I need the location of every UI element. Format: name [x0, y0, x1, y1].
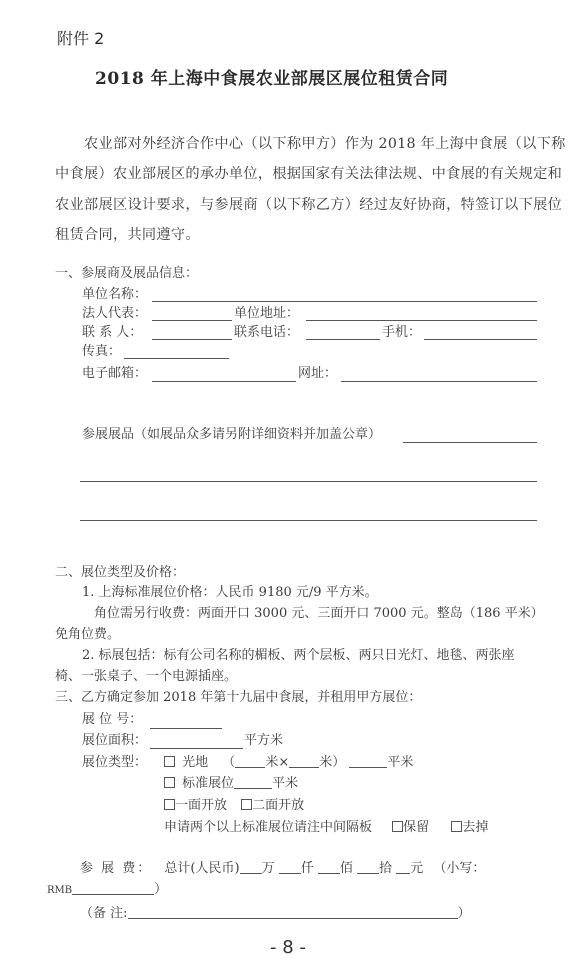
- phone-label: 联系电话：: [234, 325, 299, 341]
- intro-line-1: 农业部对外经济合作中心（以下称甲方）作为 2018 年上海中食展（以下称: [84, 135, 566, 153]
- booth-no-field[interactable]: [150, 728, 222, 729]
- section1-heading: 一、参展商及展品信息：: [55, 266, 198, 282]
- raw-length-field[interactable]: [235, 755, 265, 768]
- remove-partition-checkbox[interactable]: [451, 821, 462, 832]
- raw-m1-label: 米×: [265, 755, 289, 770]
- fees-total-prefix: 总计(人民币): [164, 861, 239, 876]
- standard-booth-label: 标准展位: [182, 776, 234, 791]
- rmb-row: RMB）: [47, 883, 167, 898]
- page-number: - 8 -: [270, 937, 306, 958]
- annex-label: 附件 2: [57, 26, 104, 49]
- intro-line-2: 中食展）农业部展区的承办单位，根据国家有关法律法规、中食展的有关规定和: [55, 165, 562, 183]
- keep-partition-checkbox[interactable]: [392, 821, 403, 832]
- company-name-field[interactable]: [152, 301, 537, 302]
- remark-row: （备 注:）: [80, 906, 471, 922]
- raw-area-unit: 平米: [387, 755, 413, 770]
- raw-space-checkbox[interactable]: [164, 756, 175, 767]
- address-field[interactable]: [306, 320, 537, 321]
- fax-field[interactable]: [124, 358, 229, 359]
- intro-line-3: 农业部展区设计要求，与参展商（以下称乙方）经过友好协商，特签订以下展位: [55, 196, 562, 214]
- remark-close-paren: ）: [458, 906, 471, 921]
- standard-price: 1. 上海标准展位价格：人民币 9180 元/9 平方米。: [82, 585, 378, 601]
- standard-area-field[interactable]: [234, 776, 272, 789]
- contact-label: 联 系 人：: [82, 325, 142, 341]
- mobile-field[interactable]: [424, 339, 537, 340]
- standard-area-unit: 平米: [272, 776, 298, 791]
- mobile-label: 手机：: [382, 325, 421, 341]
- company-name-label: 单位名称：: [82, 287, 147, 303]
- yuan-field[interactable]: [396, 861, 410, 874]
- two-side-label: 二面开放: [252, 798, 304, 813]
- standard-includes-line-1: 2. 标展包括：标有公司名称的楣板、两个层板、两只日光灯、地毯、两张座: [82, 648, 515, 664]
- partition-row: 申请两个以上标准展位请注中间隔板 保留 去掉: [164, 820, 488, 836]
- remark-label: （备 注:: [80, 906, 128, 921]
- email-label: 电子邮箱：: [82, 366, 147, 382]
- booth-area-label: 展位面积：: [82, 733, 147, 749]
- rmb-label: RMB: [47, 885, 72, 896]
- address-label: 单位地址：: [234, 306, 299, 322]
- remove-label: 去掉: [462, 820, 488, 835]
- fees-row: 参 展 费： 总计(人民币)万 仟 佰 拾 元 （小写：: [80, 861, 485, 877]
- wan-label: 万: [262, 861, 275, 876]
- one-side-label: 一面开放: [175, 798, 227, 813]
- booth-type-label: 展位类型：: [82, 755, 147, 771]
- remark-field[interactable]: [128, 906, 458, 919]
- shi-label: 拾: [379, 861, 392, 876]
- raw-open-paren: （: [222, 755, 235, 770]
- two-side-checkbox[interactable]: [241, 799, 252, 810]
- email-field[interactable]: [152, 381, 296, 382]
- contact-field[interactable]: [152, 339, 232, 340]
- exhibits-field-3[interactable]: [80, 520, 537, 521]
- document-title: 2018 年上海中食展农业部展区展位租赁合同: [95, 64, 448, 89]
- open-sides-row: 一面开放 二面开放: [164, 798, 304, 814]
- keep-label: 保留: [403, 820, 429, 835]
- exhibits-field-1[interactable]: [403, 442, 537, 443]
- qian-field[interactable]: [279, 861, 301, 874]
- corner-fee-line-2: 免角位费。: [55, 627, 120, 643]
- booth-area-unit: 平方米: [244, 733, 283, 749]
- fax-label: 传真：: [82, 344, 121, 360]
- section2-heading: 二、展位类型及价格：: [55, 565, 185, 581]
- standard-includes-line-2: 椅、一张桌子、一个电源插座。: [55, 669, 237, 685]
- rmb-amount-field[interactable]: [72, 884, 154, 895]
- one-side-checkbox[interactable]: [164, 799, 175, 810]
- yuan-label: 元: [410, 861, 423, 876]
- exhibits-label: 参展展品（如展品众多请另附详细资料并加盖公章）: [82, 427, 381, 443]
- raw-width-field[interactable]: [289, 755, 319, 768]
- legal-rep-field[interactable]: [152, 320, 232, 321]
- booth-no-label: 展 位 号：: [82, 712, 142, 728]
- bai-field[interactable]: [318, 861, 340, 874]
- legal-rep-label: 法人代表：: [82, 306, 147, 322]
- rmb-close-paren: ）: [154, 882, 167, 897]
- partition-note: 申请两个以上标准展位请注中间隔板: [164, 820, 372, 835]
- standard-booth-checkbox[interactable]: [164, 777, 175, 788]
- booth-area-field[interactable]: [150, 748, 243, 749]
- raw-m2-label: 米）: [319, 755, 345, 770]
- bai-label: 佰: [340, 861, 353, 876]
- standard-booth-row: 标准展位平米: [164, 776, 298, 792]
- corner-fee-line-1: 角位需另行收费：两面开口 3000 元、三面开口 7000 元。整岛（186 平…: [94, 606, 544, 622]
- exhibits-field-2[interactable]: [80, 481, 537, 482]
- website-label: 网址：: [298, 366, 337, 382]
- shi-field[interactable]: [357, 861, 379, 874]
- raw-space-row: 光地 （米×米） 平米: [164, 755, 413, 771]
- wan-field[interactable]: [240, 861, 262, 874]
- small-write-label: （小写：: [433, 861, 485, 876]
- phone-field[interactable]: [306, 339, 380, 340]
- raw-space-label: 光地: [182, 755, 208, 770]
- fees-label: 参 展 费：: [80, 861, 152, 876]
- intro-line-4: 租赁合同，共同遵守。: [55, 226, 200, 244]
- section3-heading: 三、乙方确定参加 2018 年第十九届中食展，并租用甲方展位：: [55, 690, 421, 706]
- website-field[interactable]: [341, 381, 537, 382]
- raw-area-field[interactable]: [349, 755, 387, 768]
- qian-label: 仟: [301, 861, 314, 876]
